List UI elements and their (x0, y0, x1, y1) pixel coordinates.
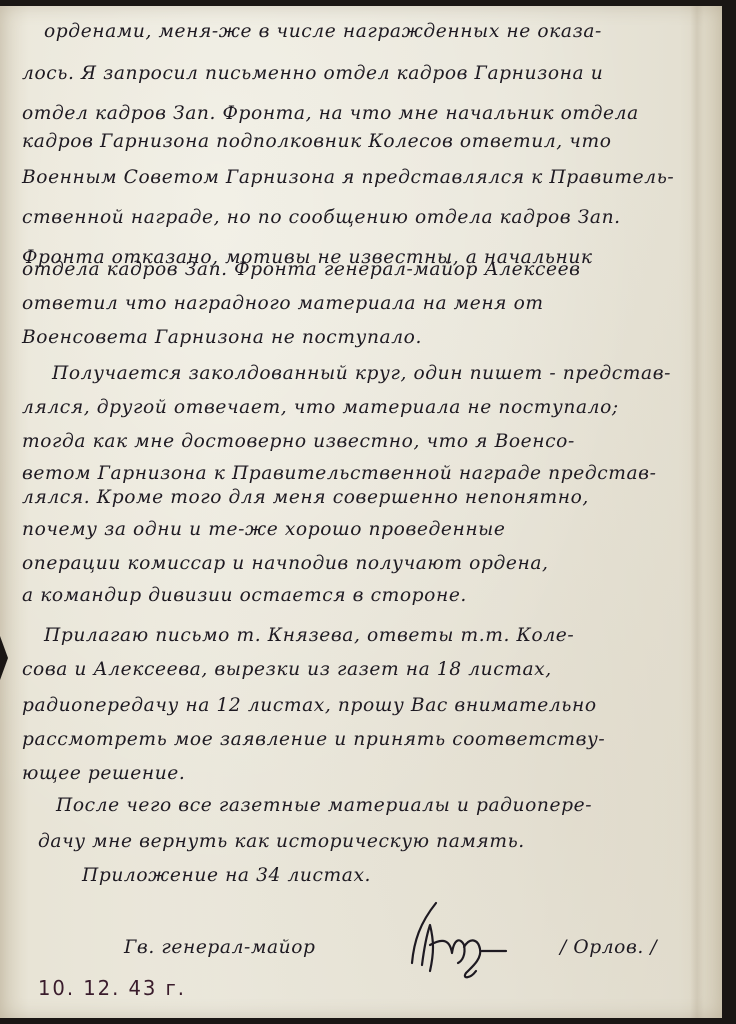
text-line: лось. Я запросил письменно отдел кадров … (22, 62, 603, 84)
paper-edge-tear (0, 636, 8, 680)
text-line: сова и Алексеева, вырезки из газет на 18… (22, 658, 552, 680)
text-line: дачу мне вернуть как историческую память… (38, 830, 525, 852)
text-line: почему за одни и те-же хорошо проведенны… (22, 518, 506, 540)
text-line: После чего все газетные материалы и ради… (56, 794, 592, 816)
text-line: тогда как мне достоверно известно, что я… (22, 430, 575, 452)
text-line: Военным Советом Гарнизона я представлялс… (22, 166, 674, 188)
paper-fold (690, 6, 704, 1018)
document-date: 10. 12. 43 г. (38, 976, 186, 1000)
text-line: лялся. Кроме того для меня совершенно не… (22, 486, 589, 508)
text-line: кадров Гарнизона подполковник Колесов от… (22, 130, 612, 152)
text-line: Прилагаю письмо т. Князева, ответы т.т. … (44, 624, 574, 646)
text-line: Приложение на 34 листах. (82, 864, 371, 886)
text-line: орденами, меня-же в числе награжденных н… (44, 20, 602, 42)
document-page: орденами, меня-же в числе награжденных н… (0, 6, 722, 1018)
signatory-name: / Орлов. / (560, 936, 657, 958)
text-line: а командир дивизии остается в стороне. (22, 584, 467, 606)
text-line: рассмотреть мое заявление и принять соот… (22, 728, 605, 750)
text-line: Получается заколдованный круг, один пише… (52, 362, 671, 384)
text-line: ющее решение. (22, 762, 185, 784)
text-line: операции комиссар и начподив получают ор… (22, 552, 549, 574)
signature-title: Гв. генерал-майор (124, 936, 316, 958)
text-line: ответил что наградного материала на меня… (22, 292, 544, 314)
text-line: лялся, другой отвечает, что материала не… (22, 396, 619, 418)
text-line: ветом Гарнизона к Правительственной нагр… (22, 462, 656, 484)
handwritten-signature-icon (400, 901, 510, 981)
text-line: Военсовета Гарнизона не поступало. (22, 326, 422, 348)
text-line: радиопередачу на 12 листах, прошу Вас вн… (22, 694, 597, 716)
text-line: отдела кадров Зап. Фронта генерал-майор … (22, 258, 581, 280)
text-line: ственной награде, но по сообщению отдела… (22, 206, 621, 228)
text-line: отдел кадров Зап. Фронта, на что мне нач… (22, 102, 639, 124)
